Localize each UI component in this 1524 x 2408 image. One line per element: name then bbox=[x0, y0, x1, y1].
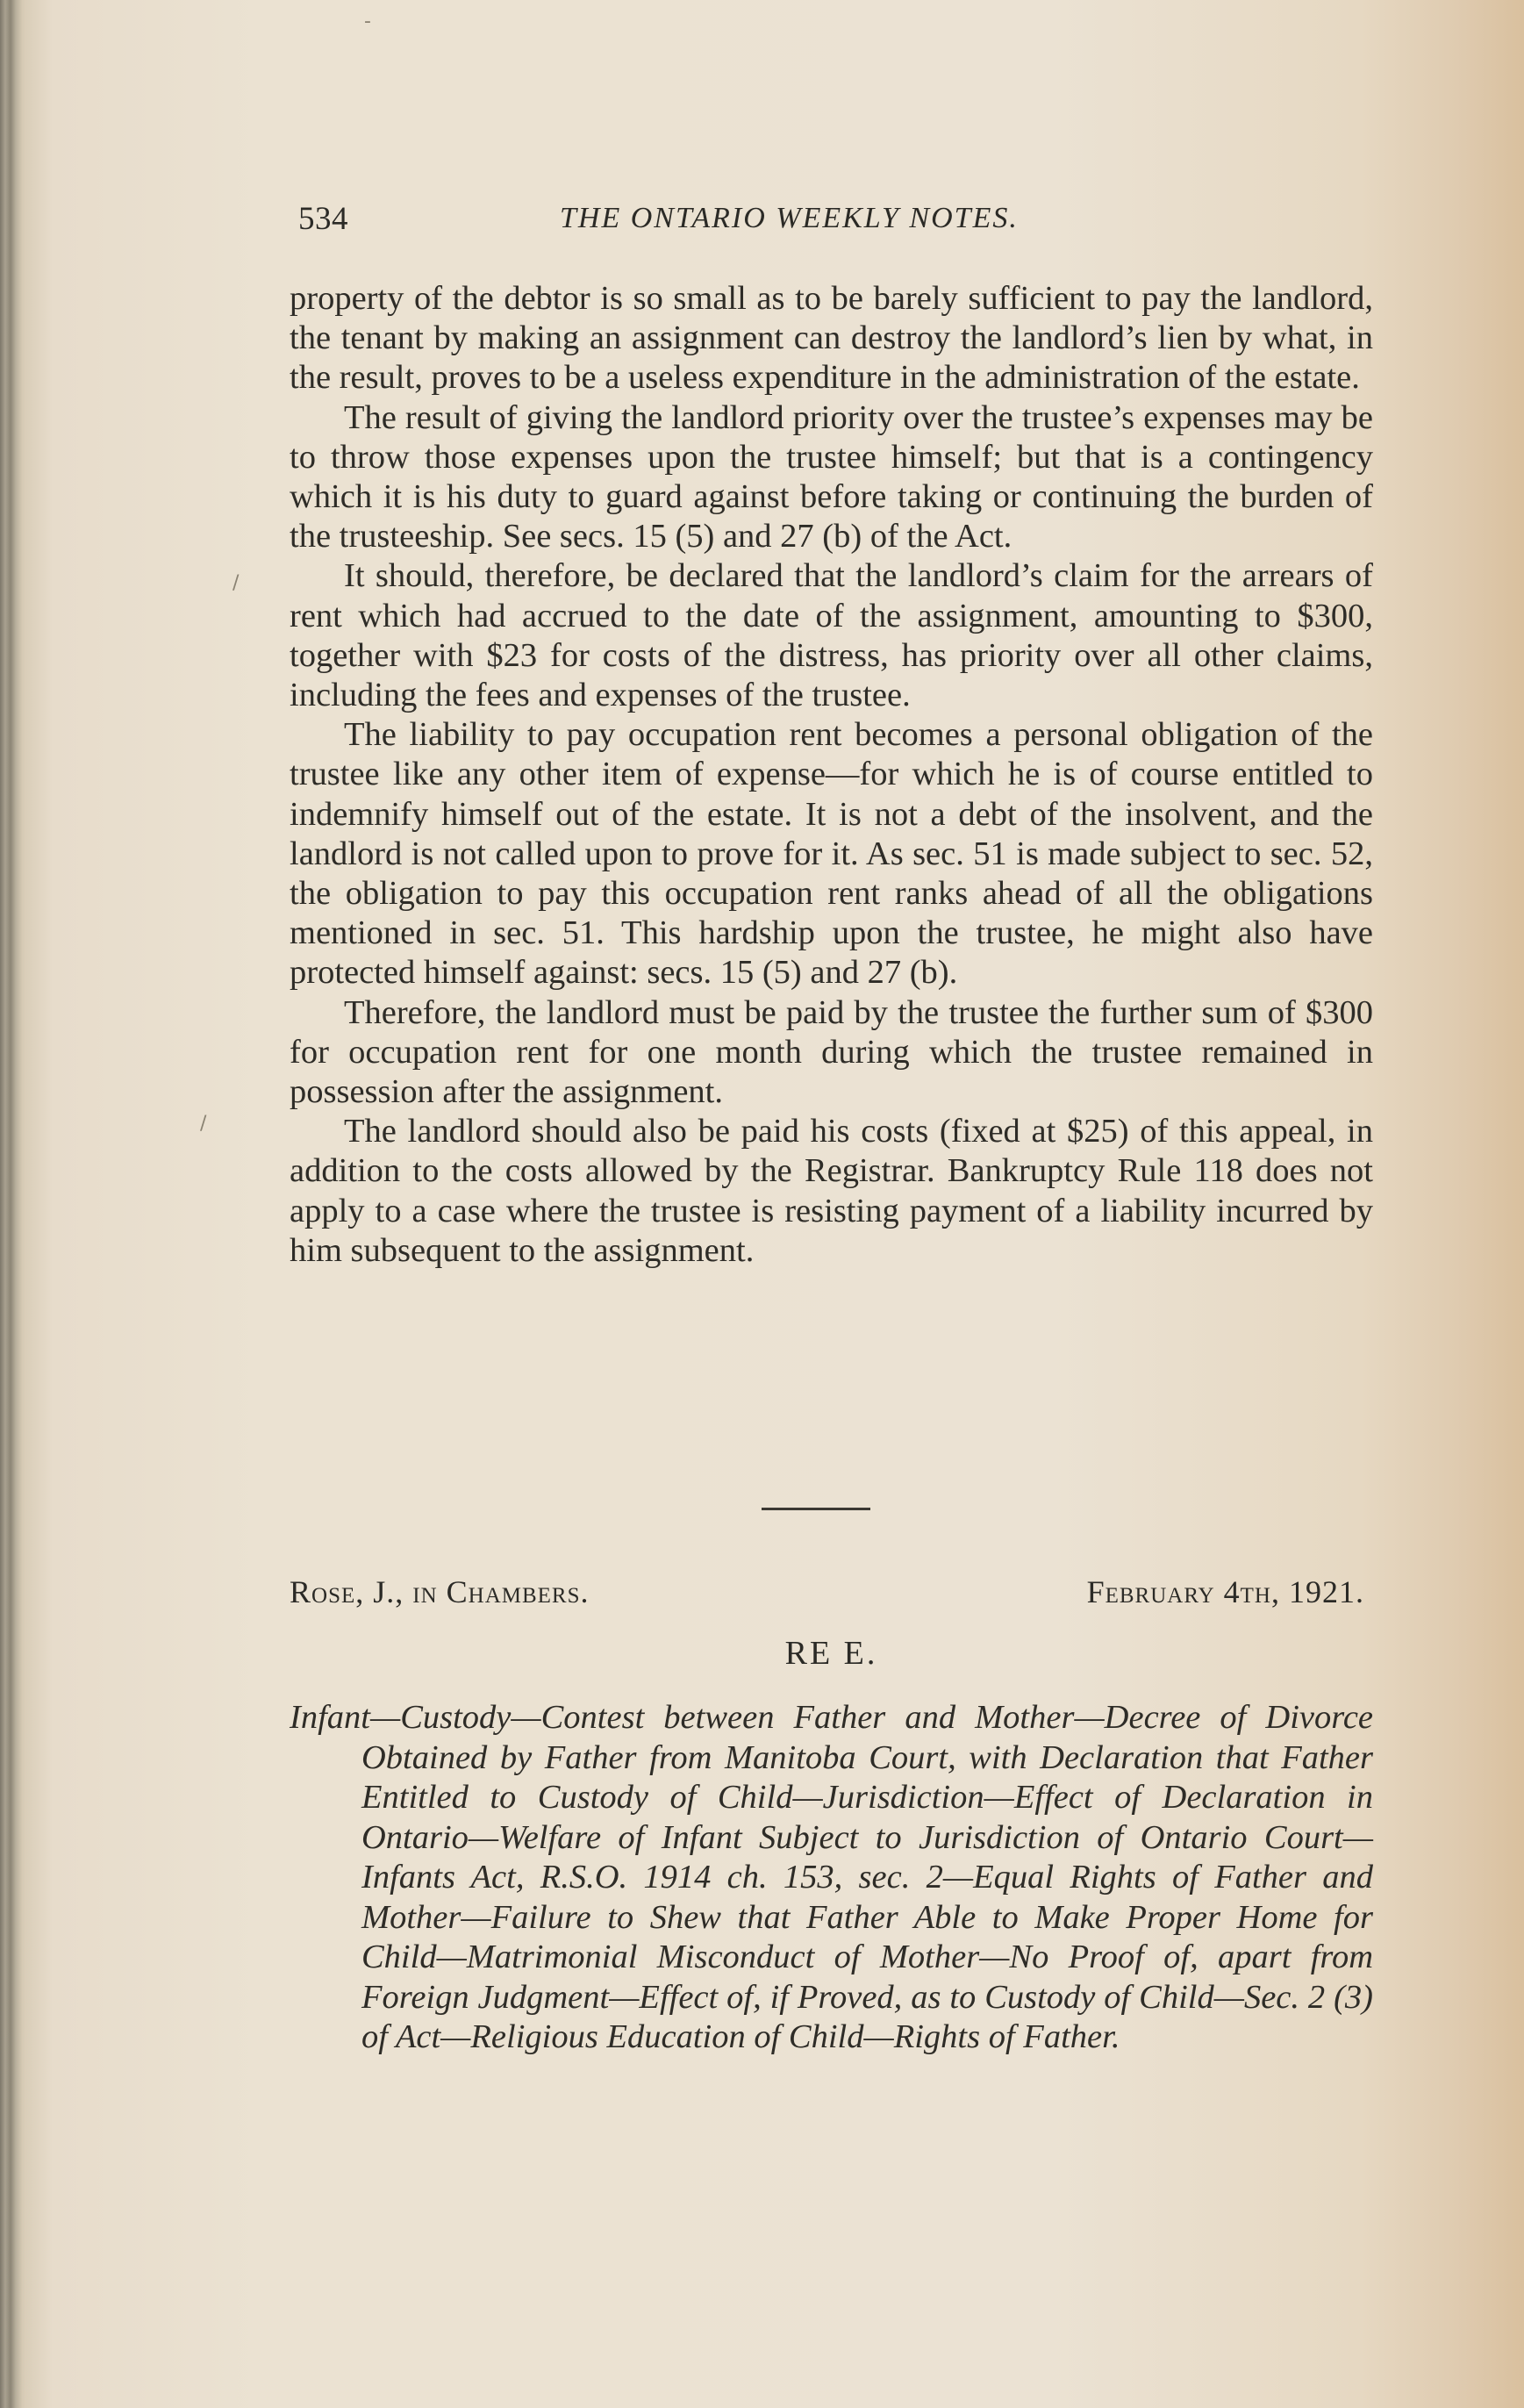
decision-date: February 4th, 1921. bbox=[1087, 1573, 1364, 1610]
paragraph-continuation: property of the debtor is so small as to… bbox=[290, 279, 1373, 398]
paragraph: The liability to pay occupation rent bec… bbox=[290, 715, 1373, 993]
case-headnote: Infant—Custody—Contest between Father an… bbox=[290, 1698, 1373, 2058]
paper-blemish: - bbox=[364, 11, 371, 32]
page-number: 534 bbox=[298, 200, 348, 238]
body-text: property of the debtor is so small as to… bbox=[290, 279, 1373, 1271]
running-head: 534 THE ONTARIO WEEKLY NOTES. bbox=[290, 200, 1373, 244]
journal-title: THE ONTARIO WEEKLY NOTES. bbox=[560, 202, 1019, 235]
paragraph: The result of giving the landlord priori… bbox=[290, 398, 1373, 557]
paragraph: It should, therefore, be declared that t… bbox=[290, 556, 1373, 715]
paper-blemish: / bbox=[200, 1113, 206, 1135]
judge-line: Rose, J., in Chambers. bbox=[290, 1573, 590, 1610]
paragraph: The landlord should also be paid his cos… bbox=[290, 1112, 1373, 1271]
paper-blemish: / bbox=[233, 572, 239, 594]
case-title: RE E. bbox=[290, 1634, 1373, 1673]
case-header: Rose, J., in Chambers. February 4th, 192… bbox=[290, 1573, 1373, 1617]
section-divider bbox=[762, 1508, 870, 1510]
book-binding-edge bbox=[0, 0, 23, 2408]
paragraph: Therefore, the landlord must be paid by … bbox=[290, 993, 1373, 1113]
